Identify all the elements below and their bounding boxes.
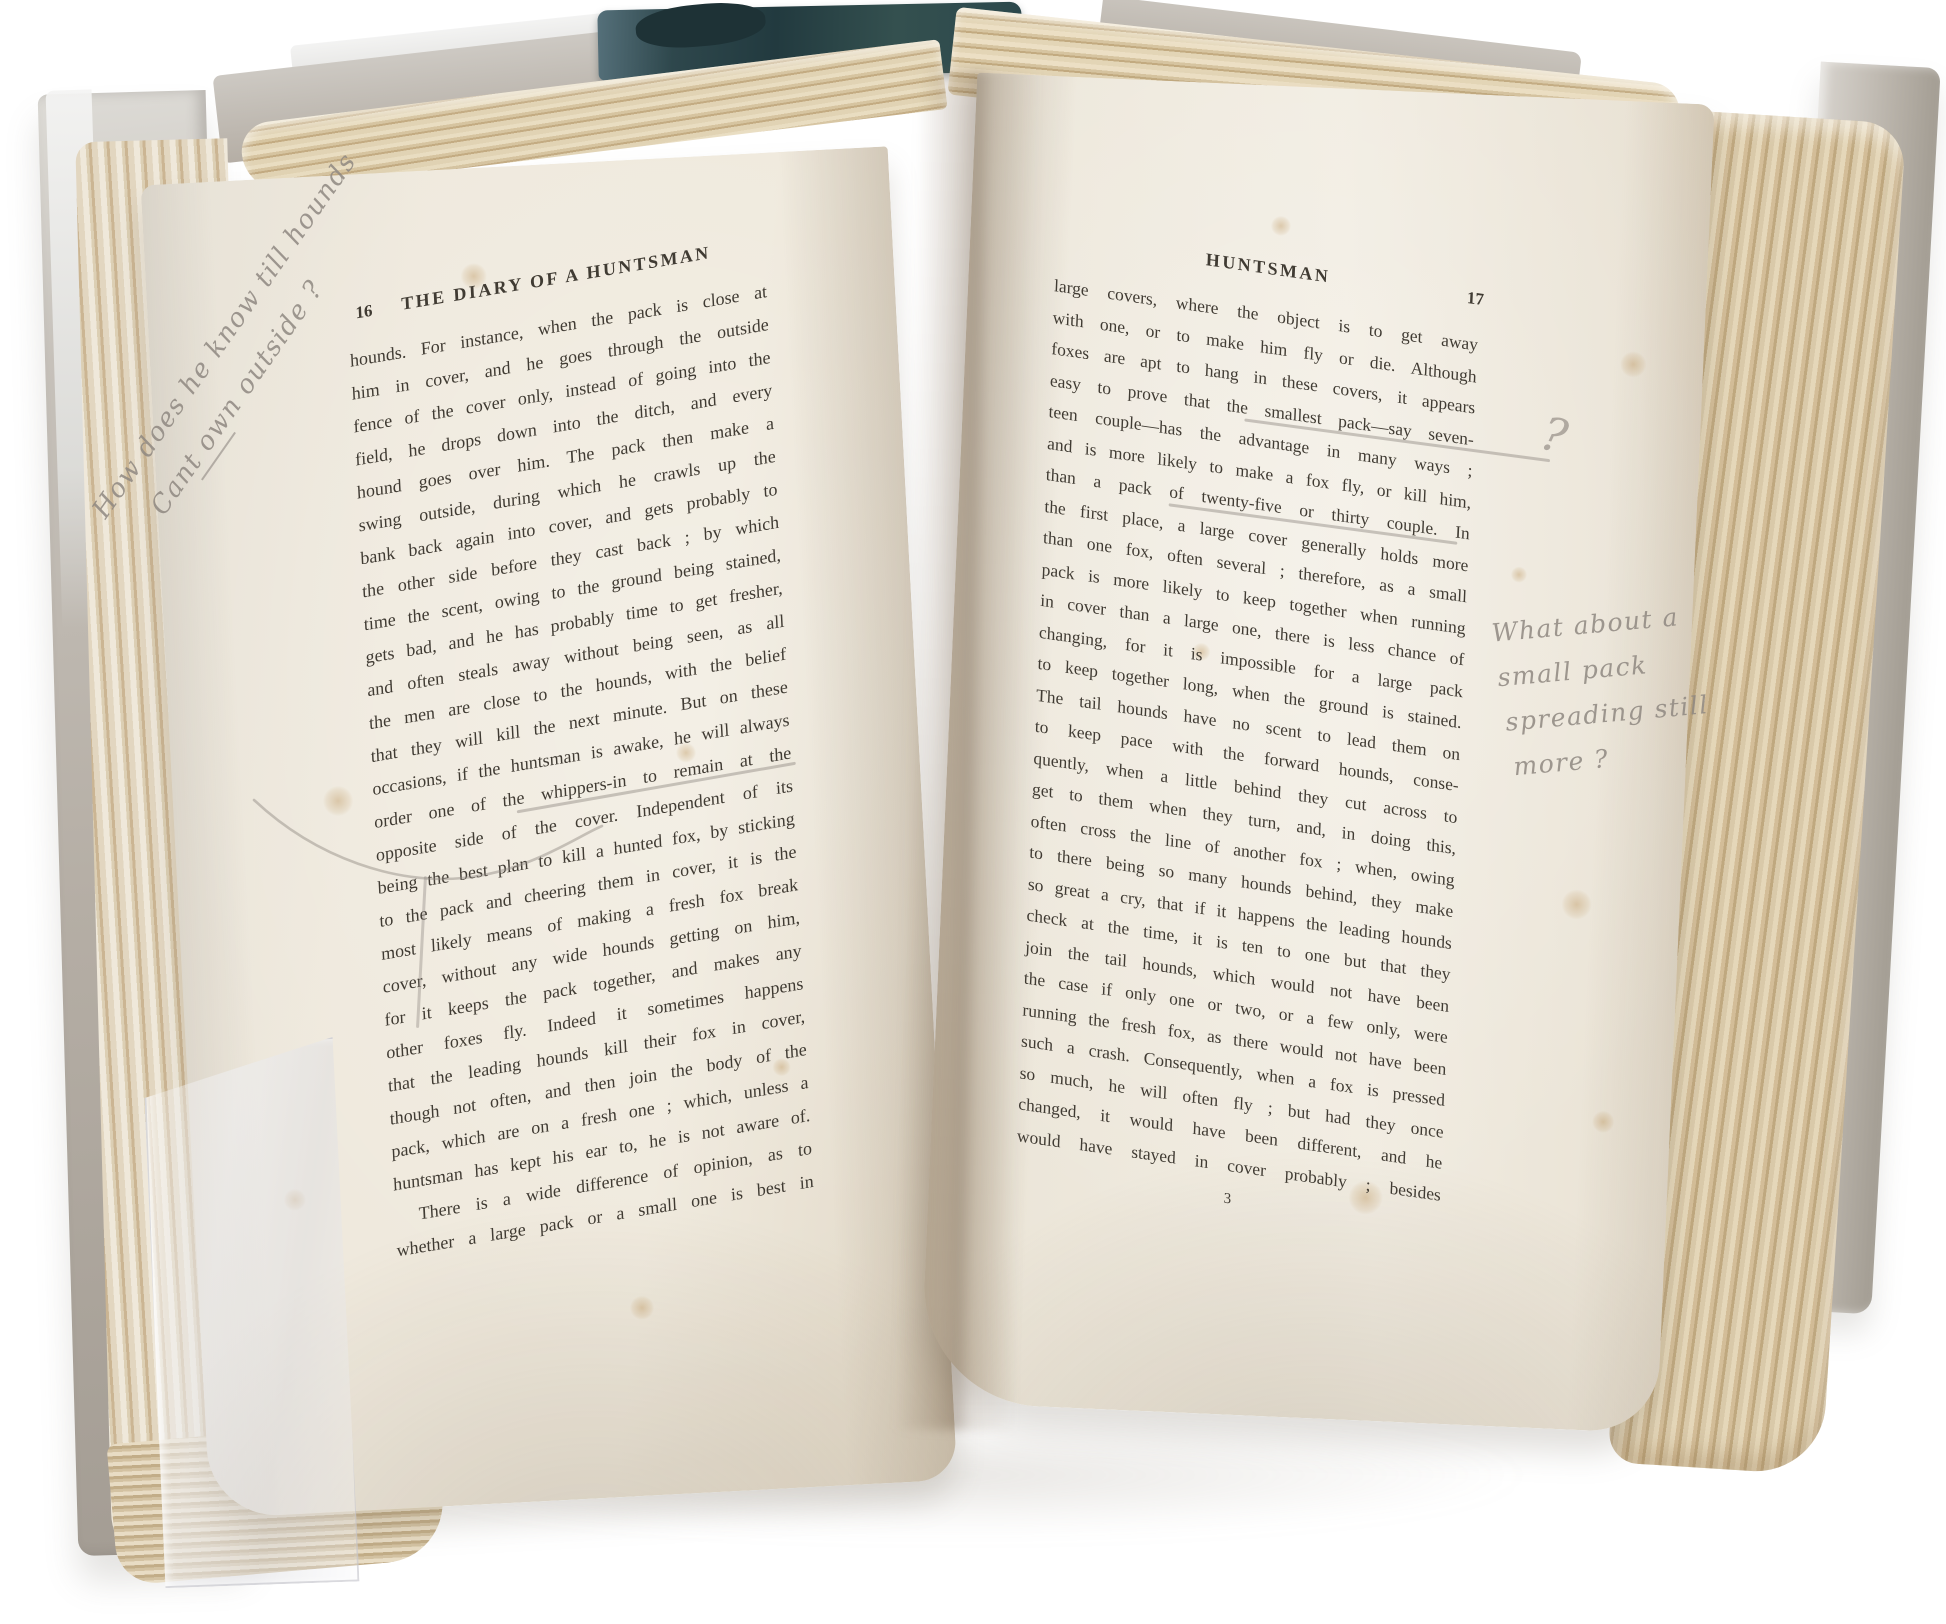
right-text-lines: large covers, where the object is to get… [1016, 270, 1478, 1211]
right-page-text: HUNTSMAN 17 large covers, where the obje… [1015, 218, 1481, 1238]
handwritten-note-right: What about asmall packspreading stillmor… [1490, 582, 1834, 790]
foxing-stain [1271, 215, 1292, 236]
foxing-stain [1511, 566, 1528, 583]
photo-scene: 16 THE DIARY OF A HUNTSMAN hounds. For i… [0, 0, 1946, 1624]
pencil-stroke [254, 800, 602, 879]
right-page-number: 17 [1467, 288, 1485, 310]
left-text-lines: hounds. For instance, when the pack is c… [349, 275, 814, 1268]
foxing-stain [1592, 1110, 1615, 1133]
foxing-stain [1620, 351, 1647, 378]
spine-head-chip [634, 0, 767, 52]
acrylic-page-holder [143, 1037, 360, 1589]
left-page-text: 16 THE DIARY OF A HUNTSMAN hounds. For i… [346, 223, 814, 1267]
gutter-shadow [894, 69, 1040, 1431]
pencil-curve-mark [248, 790, 608, 894]
foxing-stain [1561, 889, 1592, 920]
foxing-stain [629, 1295, 654, 1320]
